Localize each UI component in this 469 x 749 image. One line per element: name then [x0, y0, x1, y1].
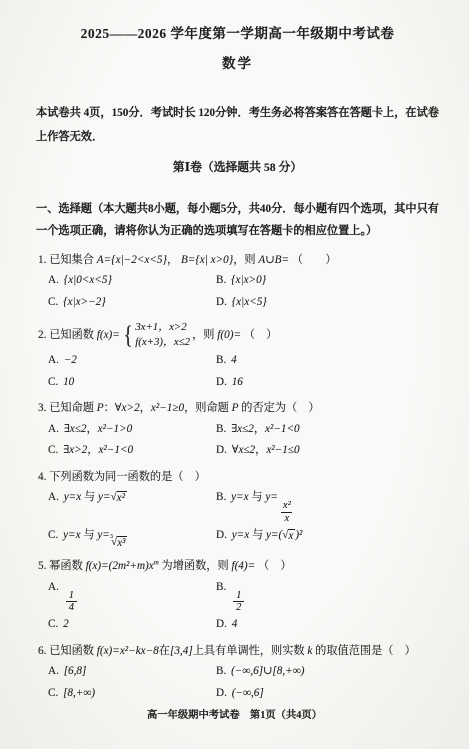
- piecewise-row: f(x+3)，x≤2: [135, 335, 190, 350]
- math-run: x²−1<0: [98, 444, 133, 456]
- question-3: 3. 已知命题 P：∀x>2，x²−1≥0，则命题 P 的否定为（ ）A. ∃x…: [36, 399, 439, 461]
- option-c: C. 2: [48, 615, 216, 635]
- piecewise-function: {3x+1，x>2f(x+3)，x≤2: [122, 320, 190, 350]
- math-run: 4: [232, 618, 238, 630]
- text-run: ，则命题: [184, 402, 232, 414]
- math-run: {x|x>0}: [231, 274, 266, 286]
- fraction: 12: [233, 590, 244, 613]
- math-run: y=: [98, 491, 111, 503]
- option-a: A. ∃x≤2，x²−1>0: [48, 420, 216, 440]
- question-stem: 3. 已知命题 P：∀x>2，x²−1≥0，则命题 P 的否定为（ ）: [38, 399, 439, 419]
- math-run: f(x)=: [97, 328, 120, 340]
- option-label: D.: [216, 444, 230, 456]
- option-d: D. 4: [216, 615, 439, 635]
- options: A. −2B. 4C. 10D. 16: [48, 351, 439, 392]
- radicand: x²: [117, 491, 127, 505]
- text-run: ，: [140, 402, 151, 414]
- fraction-numerator: 1: [233, 590, 244, 601]
- option-a: A. {x|0<x<5}: [48, 271, 216, 291]
- math-run: ∀x>2: [115, 402, 140, 414]
- option-b: B. 12: [216, 578, 439, 613]
- math-run: y=: [265, 491, 278, 503]
- fraction: 14: [66, 590, 77, 613]
- math-run: x²−1<0: [265, 423, 300, 435]
- options: A. y=x 与 y=√x²B. y=x 与 y=x²xC. y=x 与 y=3…: [48, 488, 439, 550]
- option-label: B.: [216, 665, 229, 677]
- text-run: 与: [81, 491, 98, 503]
- fraction-numerator: x²: [280, 500, 294, 511]
- math-run: [3,4]: [170, 645, 193, 657]
- option-d: D. y=x 与 y=(√x)²: [216, 526, 439, 550]
- text-run: 在: [159, 645, 170, 657]
- exam-title: 2025——2026 学年度第一学期高一年级期中考试卷: [36, 22, 439, 42]
- fraction-denominator: 2: [233, 601, 244, 613]
- math-run: y=: [97, 529, 110, 541]
- option-label: C.: [48, 444, 61, 456]
- math-run: y=x: [63, 529, 80, 541]
- option-label: C.: [48, 376, 61, 388]
- math-run: 10: [63, 376, 74, 388]
- piecewise-rows: 3x+1，x>2f(x+3)，x≤2: [135, 320, 190, 350]
- fraction-denominator: x: [281, 512, 292, 524]
- options: A. ∃x≤2，x²−1>0B. ∃x≤2，x²−1<0C. ∃x>2，x²−1…: [48, 420, 439, 461]
- fraction: x²x: [280, 500, 294, 523]
- brace-glyph: {: [123, 324, 132, 346]
- text-run: 上具有单调性，则实数: [193, 645, 308, 657]
- math-run: y=x: [64, 491, 81, 503]
- text-run: （ ）: [241, 328, 277, 340]
- option-label: C.: [48, 529, 61, 541]
- math-run: ∃x≤2: [64, 423, 87, 435]
- option-d: D. {x|x<5}: [216, 293, 439, 313]
- math-run: f(x)=(2m²+m)x: [86, 560, 154, 572]
- question-2: 2. 已知函数 f(x)={3x+1，x>2f(x+3)，x≤2，则 f(0)=…: [36, 320, 439, 393]
- option-b: B. {x|x>0}: [216, 271, 439, 291]
- option-d: D. (−∞,6]: [216, 684, 439, 704]
- option-label: B.: [216, 491, 229, 503]
- option-label: B.: [216, 423, 229, 435]
- text-run: 已知函数: [49, 645, 97, 657]
- question-number: 3.: [38, 402, 49, 414]
- option-c: C. ∃x>2，x²−1<0: [48, 441, 216, 461]
- option-c: C. 10: [48, 373, 216, 393]
- option-label: C.: [48, 296, 61, 308]
- text-run: 的否定为（ ）: [238, 402, 319, 414]
- text-run: （ ）: [255, 560, 291, 572]
- math-run: ∀x≤2: [232, 444, 255, 456]
- question-4: 4. 下列函数为同一函数的是（ ）A. y=x 与 y=√x²B. y=x 与 …: [36, 468, 439, 550]
- question-number: 4.: [38, 471, 49, 483]
- text-run: 为增函数，则: [159, 560, 232, 572]
- exam-notice: 本试卷共 4页，150分．考试时长 120分钟．考生务必将答案答在答题卡上，在试…: [36, 102, 439, 149]
- question-stem: 6. 已知函数 f(x)=x²−kx−8在[3,4]上具有单调性，则实数 k 的…: [38, 642, 439, 662]
- math-run: A∪B=: [258, 254, 289, 266]
- page-footer: 高一年级期中考试卷 第1页（共4页）: [0, 706, 469, 721]
- math-run: P: [97, 402, 104, 414]
- option-b: B. y=x 与 y=x²x: [216, 488, 439, 523]
- text-run: ，: [86, 423, 97, 435]
- text-run: ：: [104, 402, 115, 414]
- options: A. [6,8]B. (−∞,6]∪[8,+∞)C. [8,+∞)D. (−∞,…: [48, 662, 439, 703]
- math-run: y=(: [266, 529, 282, 541]
- option-label: C.: [48, 618, 61, 630]
- option-label: D.: [216, 687, 230, 699]
- radicand: x³: [117, 536, 127, 550]
- math-run: 4: [231, 354, 237, 366]
- option-a: A. 14: [48, 578, 216, 613]
- exam-subject: 数学: [36, 52, 439, 72]
- question-stem: 4. 下列函数为同一函数的是（ ）: [38, 468, 439, 488]
- question-stem: 5. 幂函数 f(x)=(2m²+m)xm 为增函数，则 f(4)= （ ）: [38, 557, 439, 577]
- text-run: 与: [249, 529, 266, 541]
- option-a: A. y=x 与 y=√x²: [48, 488, 216, 523]
- fraction-numerator: 1: [66, 590, 77, 601]
- option-label: D.: [216, 296, 230, 308]
- math-run: (−∞,6]∪[8,+∞): [231, 665, 304, 677]
- math-run: {x|0<x<5}: [64, 274, 112, 286]
- question-number: 6.: [38, 645, 49, 657]
- exam-page: 2025——2026 学年度第一学期高一年级期中考试卷 数学 本试卷共 4页，1…: [0, 0, 469, 749]
- radical: √x²: [110, 491, 126, 505]
- math-run: {x|x>−2}: [63, 296, 106, 308]
- option-label: D.: [216, 376, 230, 388]
- math-run: ∃x>2: [63, 444, 87, 456]
- math-run: )²: [295, 529, 302, 541]
- piecewise-row: 3x+1，x>2: [135, 320, 190, 335]
- question-stem: 1. 已知集合 A={x|−2<x<5}， B={x| x>0}，则 A∪B= …: [38, 251, 439, 271]
- text-run: ，: [87, 444, 98, 456]
- option-c: C. {x|x>−2}: [48, 293, 216, 313]
- math-run: 16: [232, 376, 243, 388]
- questions: 1. 已知集合 A={x|−2<x<5}， B={x| x>0}，则 A∪B= …: [36, 251, 439, 704]
- option-label: B.: [216, 354, 229, 366]
- math-run: A={x|−2<x<5}: [97, 254, 167, 266]
- question-6: 6. 已知函数 f(x)=x²−kx−8在[3,4]上具有单调性，则实数 k 的…: [36, 642, 439, 704]
- text-run: ，: [255, 444, 266, 456]
- math-run: y=x: [231, 491, 248, 503]
- option-d: D. 16: [216, 373, 439, 393]
- option-label: B.: [216, 581, 229, 593]
- options: A. 14B. 12C. 2D. 4: [48, 578, 439, 635]
- math-run: 2: [63, 618, 69, 630]
- text-run: 的取值范围是（ ）: [312, 645, 416, 657]
- math-run: y=x: [232, 529, 249, 541]
- part-one-intro: 一、选择题（本大题共8小题，每小题5分，共40分．每小题有四个选项，其中只有一个…: [36, 199, 439, 243]
- option-label: C.: [48, 687, 61, 699]
- option-label: A.: [48, 581, 62, 593]
- question-stem: 2. 已知函数 f(x)={3x+1，x>2f(x+3)，x≤2，则 f(0)=…: [38, 320, 439, 350]
- math-run: [6,8]: [64, 665, 87, 677]
- question-5: 5. 幂函数 f(x)=(2m²+m)xm 为增函数，则 f(4)= （ ）A.…: [36, 557, 439, 635]
- question-number: 5.: [38, 560, 49, 572]
- section-title: 第Ⅰ卷（选择题共 58 分）: [36, 158, 439, 175]
- math-run: B={x| x>0}: [181, 254, 233, 266]
- text-run: 下列函数为同一函数的是（ ）: [49, 471, 206, 483]
- math-run: f(4)=: [231, 560, 255, 572]
- text-run: 已知命题: [49, 402, 97, 414]
- text-run: 已知函数: [49, 328, 97, 340]
- option-d: D. ∀x≤2，x²−1≤0: [216, 441, 439, 461]
- text-run: 与: [81, 529, 98, 541]
- question-1: 1. 已知集合 A={x|−2<x<5}， B={x| x>0}，则 A∪B= …: [36, 251, 439, 313]
- text-run: （ ）: [289, 254, 337, 266]
- option-label: A.: [48, 665, 62, 677]
- math-run: f(0)=: [217, 328, 241, 340]
- math-run: −2: [64, 354, 77, 366]
- math-run: (−∞,6]: [232, 687, 264, 699]
- question-number: 1.: [38, 254, 49, 266]
- math-run: x²−1>0: [98, 423, 133, 435]
- option-label: A.: [48, 274, 62, 286]
- option-label: A.: [48, 491, 62, 503]
- option-c: C. [8,+∞): [48, 684, 216, 704]
- option-a: A. [6,8]: [48, 662, 216, 682]
- math-run: x²−1≤0: [266, 444, 299, 456]
- text-run: 幂函数: [49, 560, 85, 572]
- math-run: x²−1≥0: [151, 402, 184, 414]
- option-label: A.: [48, 354, 62, 366]
- options: A. {x|0<x<5}B. {x|x>0}C. {x|x>−2}D. {x|x…: [48, 271, 439, 312]
- option-b: B. ∃x≤2，x²−1<0: [216, 420, 439, 440]
- math-run: {x|x<5}: [232, 296, 267, 308]
- option-c: C. y=x 与 y=3√x³: [48, 526, 216, 550]
- text-run: ，: [254, 423, 265, 435]
- option-b: B. (−∞,6]∪[8,+∞): [216, 662, 439, 682]
- option-label: B.: [216, 274, 229, 286]
- radical: √x: [282, 529, 295, 543]
- math-run: f(x)=x²−kx−8: [97, 645, 159, 657]
- option-label: D.: [216, 529, 230, 541]
- math-run: ∃x≤2: [231, 423, 254, 435]
- fraction-denominator: 4: [66, 601, 77, 613]
- question-number: 2.: [38, 328, 49, 340]
- option-label: D.: [216, 618, 230, 630]
- option-a: A. −2: [48, 351, 216, 371]
- text-run: 与: [249, 491, 266, 503]
- text-run: ，: [167, 254, 181, 266]
- option-b: B. 4: [216, 351, 439, 371]
- text-run: ，则: [192, 328, 217, 340]
- radical: 3√x³: [110, 536, 128, 550]
- text-run: 已知集合: [49, 254, 97, 266]
- text-run: ，则: [233, 254, 258, 266]
- math-run: [8,+∞): [63, 687, 95, 699]
- option-label: A.: [48, 423, 62, 435]
